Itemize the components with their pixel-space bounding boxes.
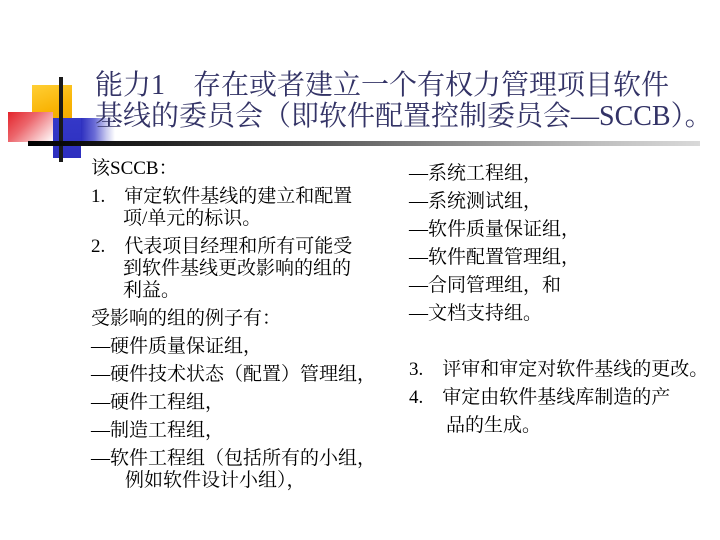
text-line: 品的生成。 bbox=[409, 412, 717, 440]
text-line: —软件配置管理组， bbox=[409, 244, 717, 272]
text-line: —硬件工程组， bbox=[91, 392, 413, 414]
text-line: —制造工程组， bbox=[91, 420, 413, 442]
right-text-column: —系统工程组， —系统测试组， —软件质量保证组， —软件配置管理组， —合同管… bbox=[409, 160, 717, 440]
decoration-red-square bbox=[8, 112, 53, 142]
text-line: —软件工程组（包括所有的小组， bbox=[91, 448, 413, 470]
slide: 能力1 存在或者建立一个有权力管理项目软件 基线的委员会（即软件配置控制委员会—… bbox=[0, 0, 720, 540]
text-line: 到软件基线更改影响的组的 bbox=[91, 258, 413, 280]
left-text-column: 该SCCB： 1. 审定软件基线的建立和配置 项/单元的标识。 2. 代表项目经… bbox=[91, 158, 413, 492]
text-line: —合同管理组，和 bbox=[409, 272, 717, 300]
text-line: —硬件质量保证组， bbox=[91, 336, 413, 358]
text-line: 利益。 bbox=[91, 280, 413, 302]
text-line: —系统工程组， bbox=[409, 160, 717, 188]
decoration-blue-square bbox=[53, 118, 81, 158]
text-line: 4. 审定由软件基线库制造的产 bbox=[409, 384, 717, 412]
blank-line bbox=[409, 328, 717, 356]
text-line: 2. 代表项目经理和所有可能受 bbox=[91, 236, 413, 258]
text-line: —硬件技术状态（配置）管理组， bbox=[91, 364, 413, 386]
title-underline-rule bbox=[28, 141, 700, 146]
decoration-vertical-line bbox=[59, 77, 63, 162]
text-line: 受影响的组的例子有： bbox=[91, 308, 413, 330]
text-line: 3. 评审和审定对软件基线的更改。 bbox=[409, 356, 717, 384]
text-line: —软件质量保证组， bbox=[409, 216, 717, 244]
slide-title: 能力1 存在或者建立一个有权力管理项目软件 基线的委员会（即软件配置控制委员会—… bbox=[95, 70, 715, 132]
text-line: 1. 审定软件基线的建立和配置 bbox=[91, 186, 413, 208]
slide-title-line-2: 基线的委员会（即软件配置控制委员会—SCCB）。 bbox=[95, 101, 715, 132]
text-line: —系统测试组， bbox=[409, 188, 717, 216]
text-line: 项/单元的标识。 bbox=[91, 208, 413, 230]
text-line: 该SCCB： bbox=[91, 158, 413, 180]
text-line: —文档支持组。 bbox=[409, 300, 717, 328]
slide-title-line-1: 能力1 存在或者建立一个有权力管理项目软件 bbox=[95, 70, 715, 101]
text-line: 例如软件设计小组）， bbox=[91, 470, 413, 492]
